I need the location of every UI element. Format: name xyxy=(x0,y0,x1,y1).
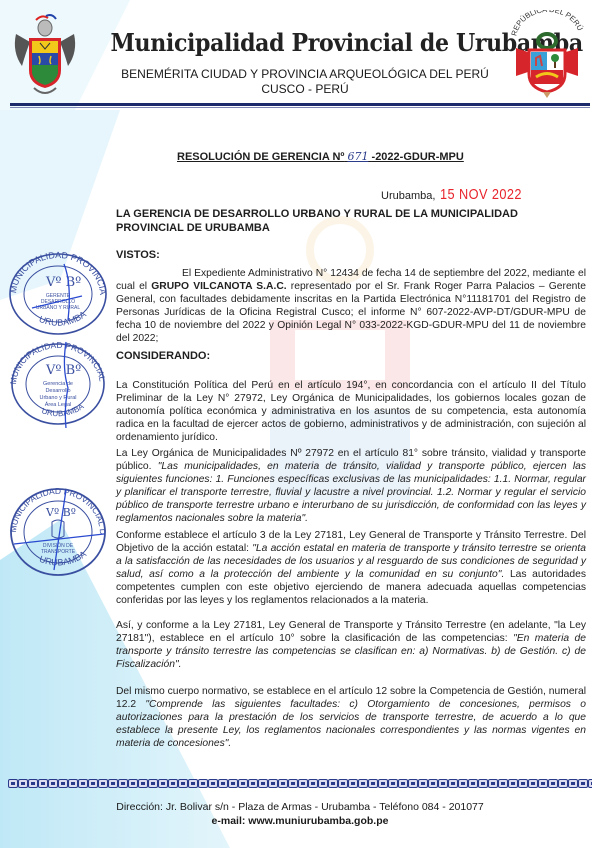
approval-stamp-division-transporte: MUNICIPALIDAD PROVINCIAL DE URUBAMBA Vº … xyxy=(6,484,110,578)
vistos-heading: VISTOS: xyxy=(116,249,160,261)
vistos-paragraph: El Expediente Administrativo N° 12434 de… xyxy=(116,268,586,345)
svg-text:URUBAMBA: URUBAMBA xyxy=(38,309,88,328)
considerando-paragraph-4: Así, y conforme a la Ley 27181, Ley Gene… xyxy=(116,620,586,672)
approval-stamp-area-legal: MUNICIPALIDAD PROVINCIAL DE URUBAMBA Vº … xyxy=(6,338,110,428)
approval-stamp-gerente: MUNICIPALIDAD PROVINCIAL URUBAMBA Vº Bº … xyxy=(2,244,114,336)
resolution-number-handwritten: 671 xyxy=(347,150,368,163)
svg-text:Vº Bº: Vº Bº xyxy=(45,275,81,290)
considerando-paragraph-5: Del mismo cuerpo normativo, se establece… xyxy=(116,686,586,751)
letterhead: Municipalidad Provincial de Urubamba BEN… xyxy=(0,0,600,110)
resolution-title: RESOLUCIÓN DE GERENCIA Nº 671 -2022-GDUR… xyxy=(177,150,464,163)
date-line: Urubamba,15 NOV 2022 xyxy=(381,186,537,203)
svg-text:Gerencia de: Gerencia de xyxy=(43,381,73,387)
institution-subtitle: BENEMÉRITA CIUDAD Y PROVINCIA ARQUEOLÓGI… xyxy=(110,67,500,81)
considerando-heading: CONSIDERANDO: xyxy=(116,350,210,362)
svg-text:Urbano y Rural: Urbano y Rural xyxy=(40,395,77,401)
considerando-paragraph-2: La Ley Orgánica de Municipalidades Nº 27… xyxy=(116,448,586,525)
institution-location: CUSCO - PERÚ xyxy=(110,82,500,96)
footer-email: e-mail: www.muniurubamba.gob.pe xyxy=(0,815,600,827)
footer-address: Dirección: Jr. Bolivar s/n - Plaza de Ar… xyxy=(0,801,600,813)
considerando-paragraph-3: Conforme establece el artículo 3 de la L… xyxy=(116,530,586,607)
company-name: GRUPO VILCANOTA S.A.C. xyxy=(151,281,286,292)
svg-text:Vº Bº: Vº Bº xyxy=(45,363,81,378)
header-divider xyxy=(10,103,590,106)
svg-text:Área Legal: Área Legal xyxy=(45,401,72,408)
issuing-authority: LA GERENCIA DE DESARROLLO URBANO Y RURAL… xyxy=(116,207,586,235)
urubamba-coat-of-arms-icon xyxy=(12,12,78,98)
considerando-paragraph-1: La Constitución Política del Perú en el … xyxy=(116,380,586,445)
date-stamp: 15 NOV 2022 xyxy=(440,186,522,203)
footer-decorative-band xyxy=(8,779,592,788)
peru-coat-of-arms-icon: REPÚBLICA DEL PERÚ xyxy=(508,10,586,100)
svg-text:Vº Bº: Vº Bº xyxy=(45,506,76,519)
date-place: Urubamba, xyxy=(381,190,435,202)
institution-name: Municipalidad Provincial de Urubamba xyxy=(110,28,489,57)
svg-text:TRANSPORTE: TRANSPORTE xyxy=(41,549,76,555)
header-divider-thin xyxy=(10,107,590,108)
